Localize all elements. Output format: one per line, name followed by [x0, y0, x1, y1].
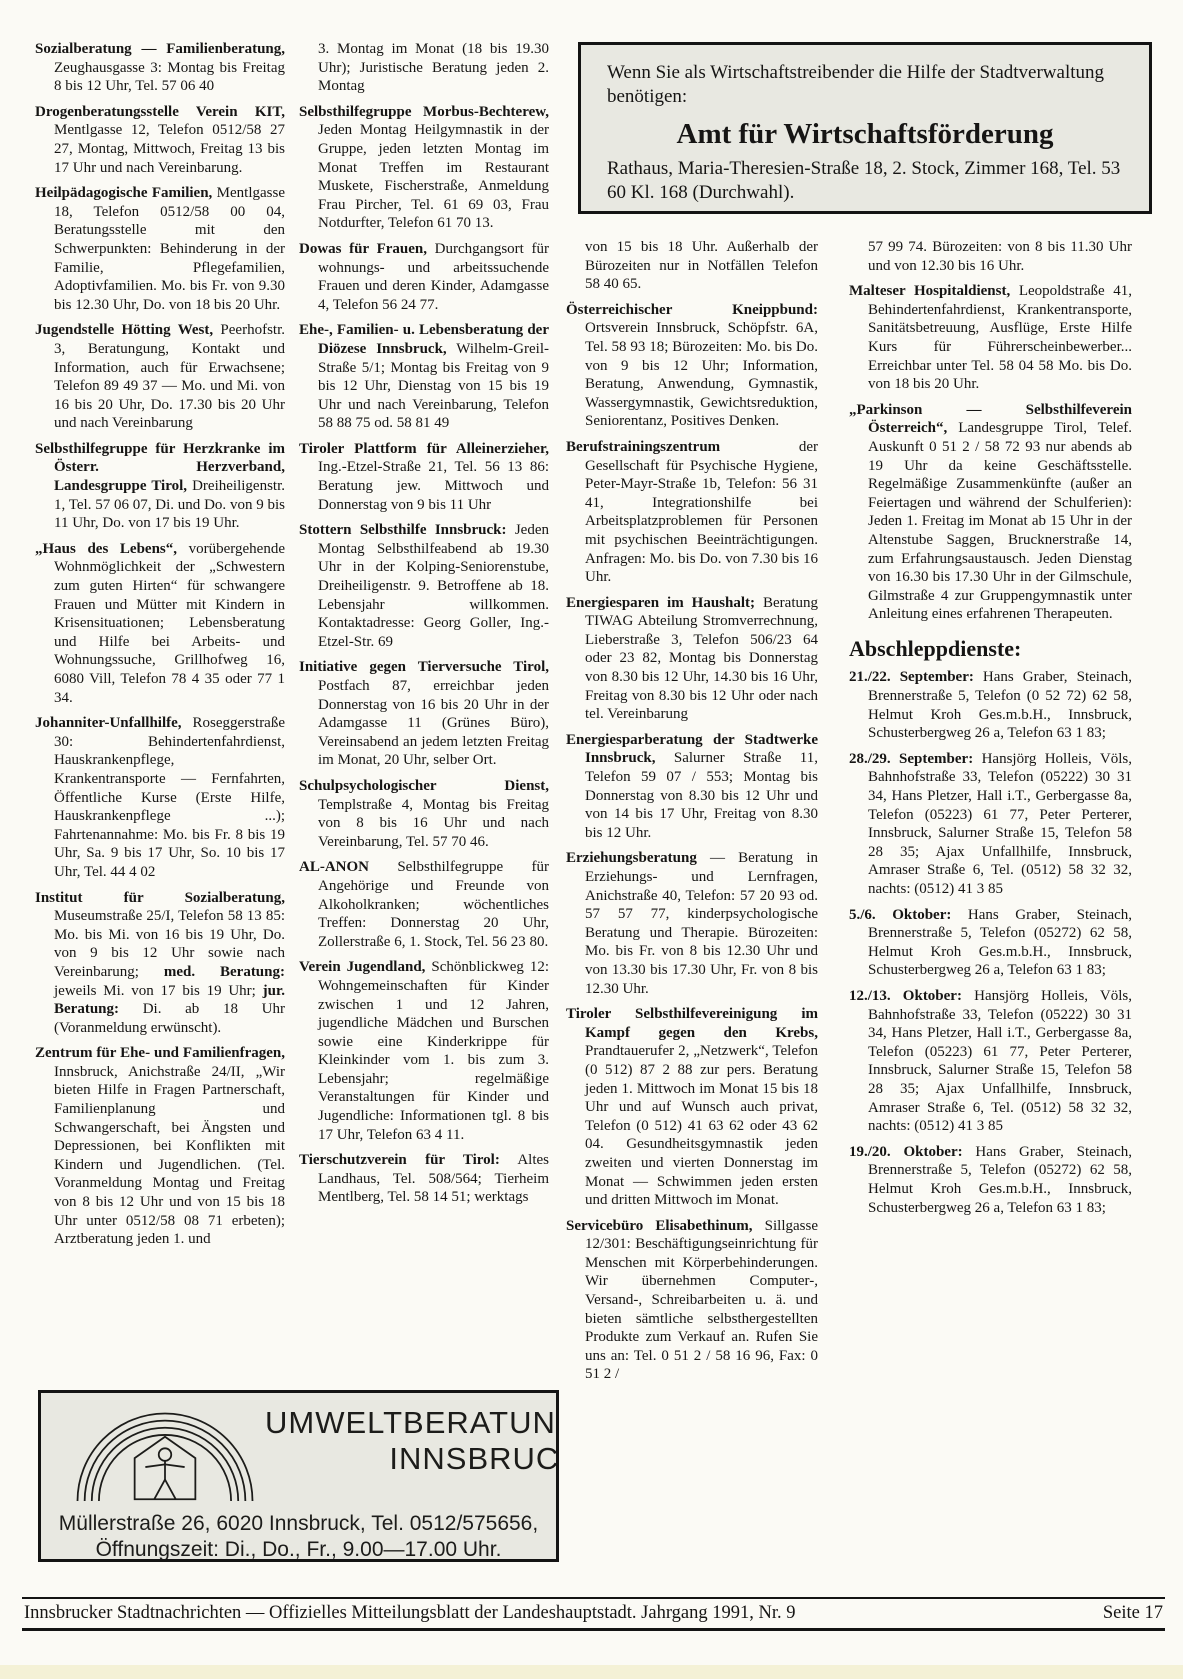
- ad-address: Müllerstraße 26, 6020 Innsbruck, Tel. 05…: [53, 1511, 544, 1562]
- directory-entry: Johanniter-Unfallhilfe, Roseggerstraße 3…: [35, 714, 285, 881]
- directory-entry: Tiroler Selbsthilfevereinigung im Kampf …: [566, 1005, 818, 1210]
- directory-entry: Erziehungsberatung — Beratung in Erziehu…: [566, 849, 818, 998]
- info-box-details: Rathaus, Maria-Theresien-Straße 18, 2. S…: [607, 157, 1123, 205]
- scan-edge-tint: [0, 1665, 1183, 1679]
- footer-page-number: Seite 17: [1103, 1602, 1163, 1624]
- directory-entry: 21./22. September: Hans Graber, Steinach…: [849, 668, 1132, 742]
- directory-entry: Selbsthilfegruppe für Herzkranke im Öste…: [35, 440, 285, 533]
- directory-entry: Drogenberatungsstelle Verein KIT, Mentlg…: [35, 103, 285, 177]
- ad-address-line2: Öffnungszeit: Di., Do., Fr., 9.00—17.00 …: [53, 1537, 544, 1562]
- directory-entry: 5./6. Oktober: Hans Graber, Steinach, Br…: [849, 906, 1132, 980]
- text-column-2: 3. Montag im Monat (18 bis 19.30 Uhr); J…: [299, 40, 549, 1382]
- info-box-title: Amt für Wirtschaftsförderung: [607, 118, 1123, 150]
- rainbow-house-person-logo-icon: [65, 1401, 265, 1506]
- directory-entry: Berufstrainingszentrum der Gesellschaft …: [566, 438, 818, 587]
- directory-entry: 12./13. Oktober: Hansjörg Holleis, Völs,…: [849, 987, 1132, 1136]
- directory-entry: 19./20. Oktober: Hans Graber, Steinach, …: [849, 1143, 1132, 1217]
- text-column-4: 57 99 74. Bürozeiten: von 8 bis 11.30 Uh…: [849, 238, 1132, 1590]
- directory-entry: Zentrum für Ehe- und Familienfragen, Inn…: [35, 1044, 285, 1249]
- entry-continuation: von 15 bis 18 Uhr. Außerhalb der Bürozei…: [566, 238, 818, 294]
- directory-entry: Servicebüro Elisabethinum, Sillgasse 12/…: [566, 1217, 818, 1384]
- directory-entry: Ehe-, Familien- u. Lebensberatung der Di…: [299, 321, 549, 433]
- ad-address-line1: Müllerstraße 26, 6020 Innsbruck, Tel. 05…: [53, 1511, 544, 1537]
- ad-title-line1: UMWELTBERATUNG: [265, 1405, 559, 1441]
- directory-entry: 28./29. September: Hansjörg Holleis, Völ…: [849, 750, 1132, 899]
- directory-entry: Schulpsychologischer Dienst, Templstraße…: [299, 777, 549, 851]
- directory-entry: Verein Jugendland, Schönblickweg 12: Woh…: [299, 958, 549, 1144]
- info-box-intro: Wenn Sie als Wirtschaftstreibender die H…: [607, 61, 1123, 109]
- directory-entry: Energiesparen im Haushalt; Beratung TIWA…: [566, 594, 818, 724]
- directory-entry: Stottern Selbsthilfe Innsbruck: Jeden Mo…: [299, 521, 549, 651]
- directory-entry: „Parkinson — Selbsthilfeverein Österreic…: [849, 401, 1132, 624]
- directory-entry: Sozialberatung — Familienberatung, Zeugh…: [35, 40, 285, 96]
- directory-entry: Tiroler Plattform für Alleinerzieher, In…: [299, 440, 549, 514]
- entry-continuation: 3. Montag im Monat (18 bis 19.30 Uhr); J…: [299, 40, 549, 96]
- ad-title: UMWELTBERATUNG INNSBRUCK: [265, 1401, 559, 1477]
- directory-entry: AL-ANON Selbsthilfegruppe für Angehörige…: [299, 858, 549, 951]
- directory-entry: Institut für Sozialberatung, Museumstraß…: [35, 889, 285, 1038]
- directory-entry: Malteser Hospitaldienst, Leopoldstraße 4…: [849, 282, 1132, 394]
- text-column-1: Sozialberatung — Familienberatung, Zeugh…: [35, 40, 285, 1382]
- entry-continuation: 57 99 74. Bürozeiten: von 8 bis 11.30 Uh…: [849, 238, 1132, 275]
- section-heading: Abschleppdienste:: [849, 640, 1132, 659]
- umweltberatung-ad-box: UMWELTBERATUNG INNSBRUCK Müllerstraße 26…: [38, 1390, 559, 1562]
- amt-wirtschaftsfoerderung-box: Wenn Sie als Wirtschaftstreibender die H…: [578, 42, 1152, 214]
- directory-entry: Heilpädagogische Familien, Mentlgasse 18…: [35, 184, 285, 314]
- footer-publication-line: Innsbrucker Stadtnachrichten — Offiziell…: [24, 1602, 796, 1624]
- page-footer: Innsbrucker Stadtnachrichten — Offiziell…: [22, 1597, 1165, 1631]
- ad-title-line2: INNSBRUCK: [265, 1441, 559, 1477]
- text-column-3: von 15 bis 18 Uhr. Außerhalb der Bürozei…: [566, 238, 818, 1590]
- directory-entry: Dowas für Frauen, Durchgangsort für wohn…: [299, 240, 549, 314]
- directory-entry: Initiative gegen Tierversuche Tirol, Pos…: [299, 658, 549, 770]
- directory-entry: Jugendstelle Hötting West, Peerhofstr. 3…: [35, 321, 285, 433]
- directory-entry: Selbsthilfegruppe Morbus-Bechterew, Jede…: [299, 103, 549, 233]
- newspaper-page: { "info_box": { "intro": "Wenn Sie als W…: [0, 0, 1183, 1679]
- directory-entry: Österreichischer Kneippbund: Ortsverein …: [566, 301, 818, 431]
- directory-entry: Tierschutzverein für Tirol: Altes Landha…: [299, 1151, 549, 1207]
- directory-entry: „Haus des Lebens“, vorübergehende Wohnmö…: [35, 540, 285, 707]
- directory-entry: Energiesparberatung der Stadtwerke Innsb…: [566, 731, 818, 843]
